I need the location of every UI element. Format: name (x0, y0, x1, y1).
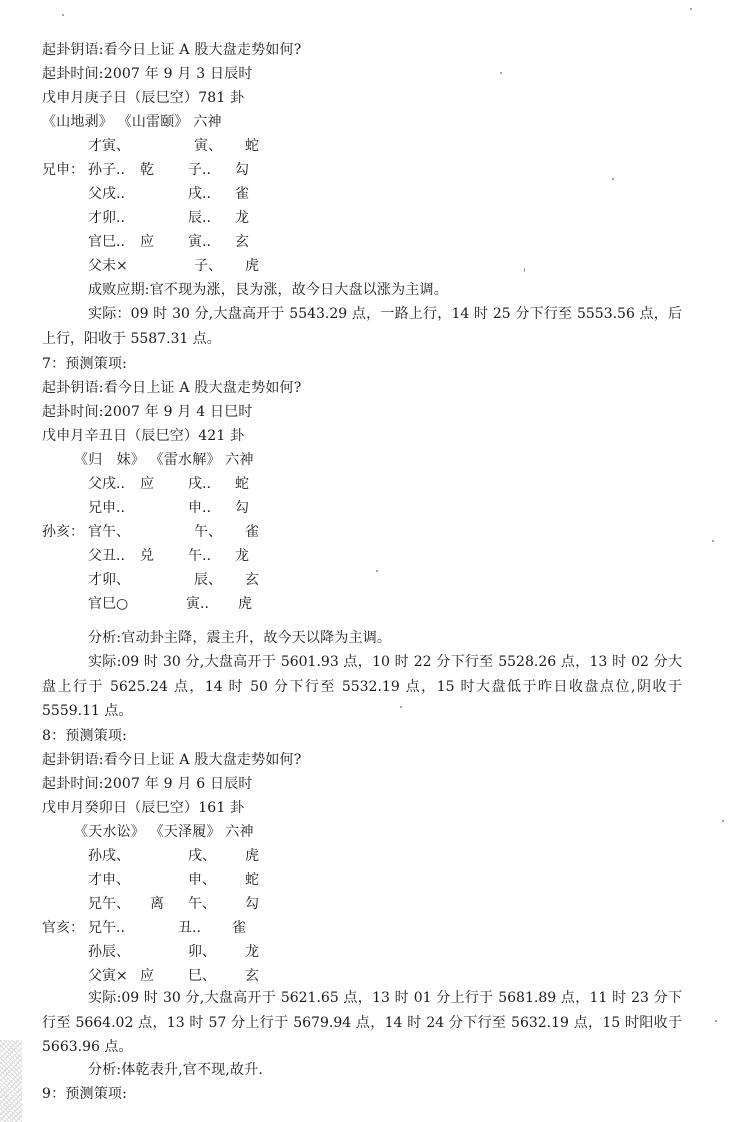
ben-yao: 官巳○ (88, 594, 128, 614)
bian-yao: 寅.. (188, 232, 211, 252)
bian-yao: 午、 (188, 894, 216, 914)
time-line: 起卦时间:2007 年 9 月 4 日巳时 (42, 402, 253, 422)
liushen: 雀 (232, 918, 246, 938)
liushen: 蛇 (235, 474, 249, 494)
scan-speck (712, 540, 714, 542)
fushen: 官亥： (42, 918, 84, 938)
liushen: 虎 (238, 594, 252, 614)
shi-ying-mark: 应 (140, 966, 154, 986)
scan-speck (500, 72, 502, 74)
fushen: 孙亥： (42, 522, 84, 542)
bian-yao: 申.. (188, 498, 211, 518)
shi-ying-mark: 乾 (140, 160, 154, 180)
bian-yao: 寅、 (194, 136, 222, 156)
ben-yao: 官午、 (88, 522, 130, 542)
question-line: 起卦钥语:看今日上证 A 股大盘走势如何? (42, 40, 301, 60)
bian-yao: 巳、 (188, 966, 216, 986)
ben-yao: 孙戌、 (88, 846, 130, 866)
gua-titles: 《天水讼》 《天泽履》 六神 (74, 822, 254, 842)
scan-speck (376, 570, 378, 572)
ganzhi-line: 戊申月辛丑日（辰巳空）421 卦 (42, 426, 244, 446)
scan-speck (612, 178, 614, 180)
ben-yao: 父丑.. (88, 546, 125, 566)
liushen: 蛇 (245, 870, 259, 890)
ben-yao: 孙子.. (88, 160, 125, 180)
ben-yao: 父戌.. (88, 474, 125, 494)
ganzhi-line: 戊申月癸卯日（辰巳空）161 卦 (42, 798, 244, 818)
analysis-line: 成败应期:官不现为涨，艮为涨，故今日大盘以涨为主调。 (88, 280, 448, 300)
liushen: 勾 (235, 498, 249, 518)
liushen: 虎 (245, 256, 259, 276)
shi-ying-mark: 应 (140, 474, 154, 494)
actual-result-paragraph: 实际：09 时 30 分,大盘高开于 5543.29 点，一路上行，14 时 2… (42, 302, 682, 351)
bian-yao: 辰、 (194, 570, 222, 590)
bian-yao: 午、 (194, 522, 222, 542)
question-line: 起卦钥语:看今日上证 A 股大盘走势如何? (42, 378, 301, 398)
liushen: 勾 (235, 160, 249, 180)
ben-yao: 才卯.. (88, 208, 125, 228)
liushen: 雀 (245, 522, 259, 542)
ben-yao: 父未× (88, 256, 128, 276)
gua-titles: 《山地剥》 《山雷颐》 六神 (42, 112, 222, 132)
bian-yao: 寅.. (186, 594, 209, 614)
ben-yao: 孙辰、 (88, 942, 130, 962)
ben-yao: 才申、 (88, 870, 130, 890)
scanned-document-page: 起卦钥语:看今日上证 A 股大盘走势如何? 起卦时间:2007 年 9 月 3 … (0, 0, 735, 1122)
bian-yao: 丑.. (178, 918, 201, 938)
liushen: 龙 (235, 208, 249, 228)
shi-ying-mark: 离 (150, 894, 164, 914)
section-heading: 8：预测策项: (42, 726, 127, 746)
liushen: 龙 (245, 942, 259, 962)
ben-yao: 兄午.. (88, 918, 125, 938)
bian-yao: 子.. (188, 160, 211, 180)
scan-speck (524, 268, 525, 272)
scan-speck (690, 8, 692, 10)
actual-result-paragraph: 实际:09 时 30 分,大盘高开于 5601.93 点，10 时 22 分下行… (42, 650, 682, 724)
liushen: 玄 (245, 570, 259, 590)
ben-yao: 官巳.. (88, 232, 125, 252)
gua-titles: 《归 妹》 《雷水解》 六神 (74, 450, 254, 470)
shi-ying-mark: 应 (140, 232, 154, 252)
ben-yao: 才卯、 (88, 570, 130, 590)
scan-edge-noise (0, 1040, 22, 1122)
scan-speck (400, 706, 402, 708)
question-line: 起卦钥语:看今日上证 A 股大盘走势如何? (42, 750, 301, 770)
liushen: 蛇 (245, 136, 259, 156)
ben-yao: 父戌.. (88, 184, 125, 204)
liushen: 雀 (235, 184, 249, 204)
time-line: 起卦时间:2007 年 9 月 6 日辰时 (42, 774, 253, 794)
actual-result-paragraph: 实际:09 时 30 分,大盘高开于 5621.65 点，13 时 01 分上行… (42, 986, 682, 1060)
section-heading: 9：预测策项: (42, 1084, 127, 1104)
bian-yao: 戌.. (188, 184, 211, 204)
liushen: 玄 (245, 966, 259, 986)
liushen: 勾 (245, 894, 259, 914)
scan-speck (62, 14, 64, 16)
scan-speck (715, 1020, 717, 1022)
bian-yao: 午.. (188, 546, 211, 566)
liushen: 玄 (235, 232, 249, 252)
analysis-line: 分析:官动卦主降，震主升，故今天以降为主调。 (88, 628, 391, 648)
bian-yao: 辰.. (188, 208, 211, 228)
section-heading: 7：预测策项: (42, 354, 127, 374)
ben-yao: 才寅、 (88, 136, 130, 156)
bian-yao: 申、 (188, 870, 216, 890)
scan-speck (722, 820, 724, 822)
ganzhi-line: 戊申月庚子日（辰巳空）781 卦 (42, 88, 244, 108)
bian-yao: 子、 (194, 256, 222, 276)
fushen: 兄申： (42, 160, 84, 180)
analysis-line: 分析:体乾表升,官不现,故升. (88, 1060, 263, 1080)
ben-yao: 父寅× (88, 966, 128, 986)
liushen: 龙 (235, 546, 249, 566)
liushen: 虎 (245, 846, 259, 866)
bian-yao: 卯、 (188, 942, 216, 962)
time-line: 起卦时间:2007 年 9 月 3 日辰时 (42, 64, 253, 84)
bian-yao: 戌.. (188, 474, 211, 494)
ben-yao: 兄申.. (88, 498, 125, 518)
shi-ying-mark: 兑 (140, 546, 154, 566)
bian-yao: 戌、 (188, 846, 216, 866)
ben-yao: 兄午、 (88, 894, 130, 914)
